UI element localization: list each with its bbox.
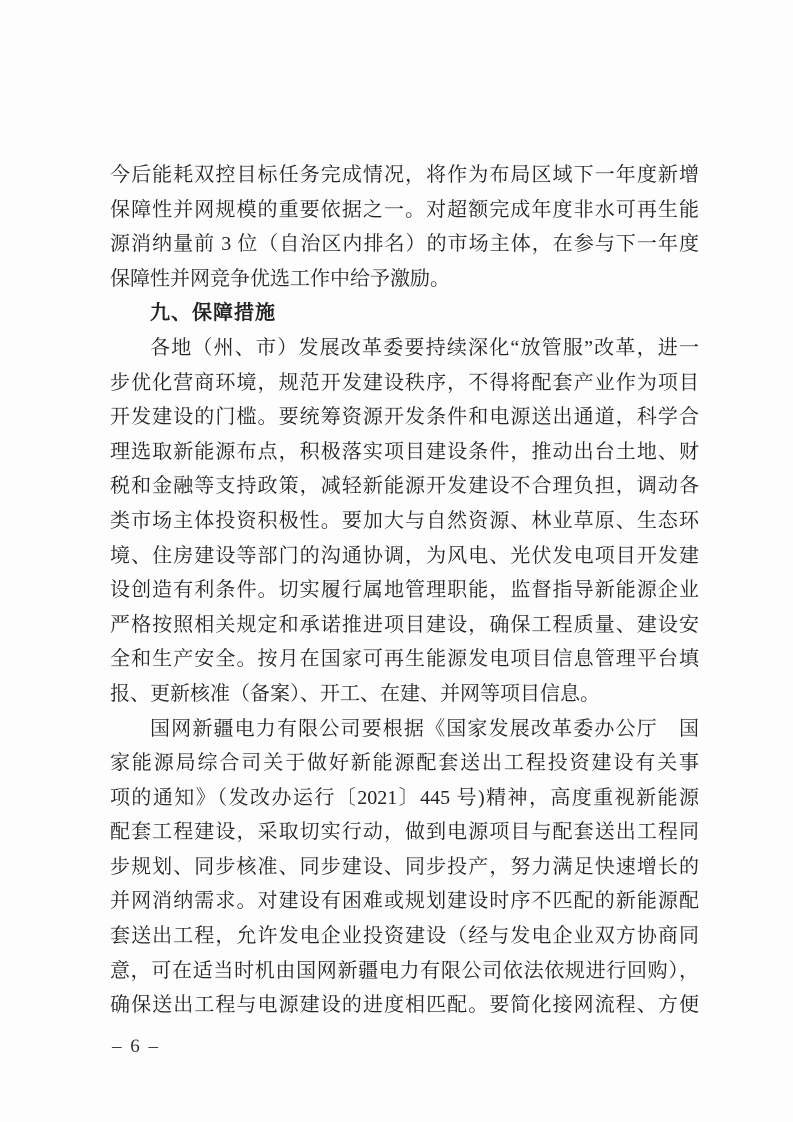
- text-line: 各地（州、市）发展改革委要持续深化“放管服”改革，进一: [110, 331, 699, 366]
- text-line: 境、住房建设等部门的沟通协调，为风电、光伏发电项目开发建: [110, 539, 699, 574]
- document-body: 今后能耗双控目标任务完成情况，将作为布局区域下一年度新增 保障性并网规模的重要依…: [110, 158, 699, 1023]
- text-line: 并网消纳需求。对建设有困难或规划建设时序不匹配的新能源配: [110, 884, 699, 919]
- text-line: 家能源局综合司关于做好新能源配套送出工程投资建设有关事: [110, 746, 699, 781]
- text-line: 保障性并网规模的重要依据之一。对超额完成年度非水可再生能: [110, 193, 699, 228]
- page-number: – 6 –: [112, 1036, 160, 1058]
- text-line: 配套工程建设，采取切实行动，做到电源项目与配套送出工程同: [110, 815, 699, 850]
- text-line: 理选取新能源布点，积极落实项目建设条件，推动出台土地、财: [110, 435, 699, 470]
- text-line: 项的通知》（发改办运行〔2021〕445 号)精神，高度重视新能源: [110, 781, 699, 816]
- paragraph-local-governments: 各地（州、市）发展改革委要持续深化“放管服”改革，进一 步优化营商环境，规范开发…: [110, 331, 699, 712]
- text-line: 源消纳量前 3 位（自治区内排名）的市场主体，在参与下一年度: [110, 227, 699, 262]
- text-line: 国网新疆电力有限公司要根据《国家发展改革委办公厅 国: [110, 712, 699, 747]
- text-line: 今后能耗双控目标任务完成情况，将作为布局区域下一年度新增: [110, 158, 699, 193]
- document-page: 今后能耗双控目标任务完成情况，将作为布局区域下一年度新增 保障性并网规模的重要依…: [0, 0, 793, 1122]
- text-line: 保障性并网竞争优选工作中给予激励。: [110, 262, 699, 297]
- text-line: 全和生产安全。按月在国家可再生能源发电项目信息管理平台填: [110, 642, 699, 677]
- text-line: 步优化营商环境，规范开发建设秩序，不得将配套产业作为项目: [110, 366, 699, 401]
- text-line: 税和金融等支持政策，减轻新能源开发建设不合理负担，调动各: [110, 469, 699, 504]
- paragraph-continuation: 今后能耗双控目标任务完成情况，将作为布局区域下一年度新增 保障性并网规模的重要依…: [110, 158, 699, 296]
- text-line: 设创造有利条件。切实履行属地管理职能，监督指导新能源企业: [110, 573, 699, 608]
- text-line: 意，可在适当时机由国网新疆电力有限公司依法依规进行回购），: [110, 954, 699, 989]
- section-nine: 九、保障措施: [110, 296, 699, 331]
- text-line: 报、更新核准（备案）、开工、在建、并网等项目信息。: [110, 677, 699, 712]
- text-line: 套送出工程，允许发电企业投资建设（经与发电企业双方协商同: [110, 919, 699, 954]
- paragraph-state-grid: 国网新疆电力有限公司要根据《国家发展改革委办公厅 国 家能源局综合司关于做好新能…: [110, 712, 699, 1023]
- text-line: 步规划、同步核准、同步建设、同步投产，努力满足快速增长的: [110, 850, 699, 885]
- text-line: 严格按照相关规定和承诺推进项目建设，确保工程质量、建设安: [110, 608, 699, 643]
- text-line: 类市场主体投资积极性。要加大与自然资源、林业草原、生态环: [110, 504, 699, 539]
- text-line: 确保送出工程与电源建设的进度相匹配。要简化接网流程、方便: [110, 988, 699, 1023]
- text-line: 开发建设的门槛。要统筹资源开发条件和电源送出通道，科学合: [110, 400, 699, 435]
- section-heading: 九、保障措施: [110, 296, 699, 331]
